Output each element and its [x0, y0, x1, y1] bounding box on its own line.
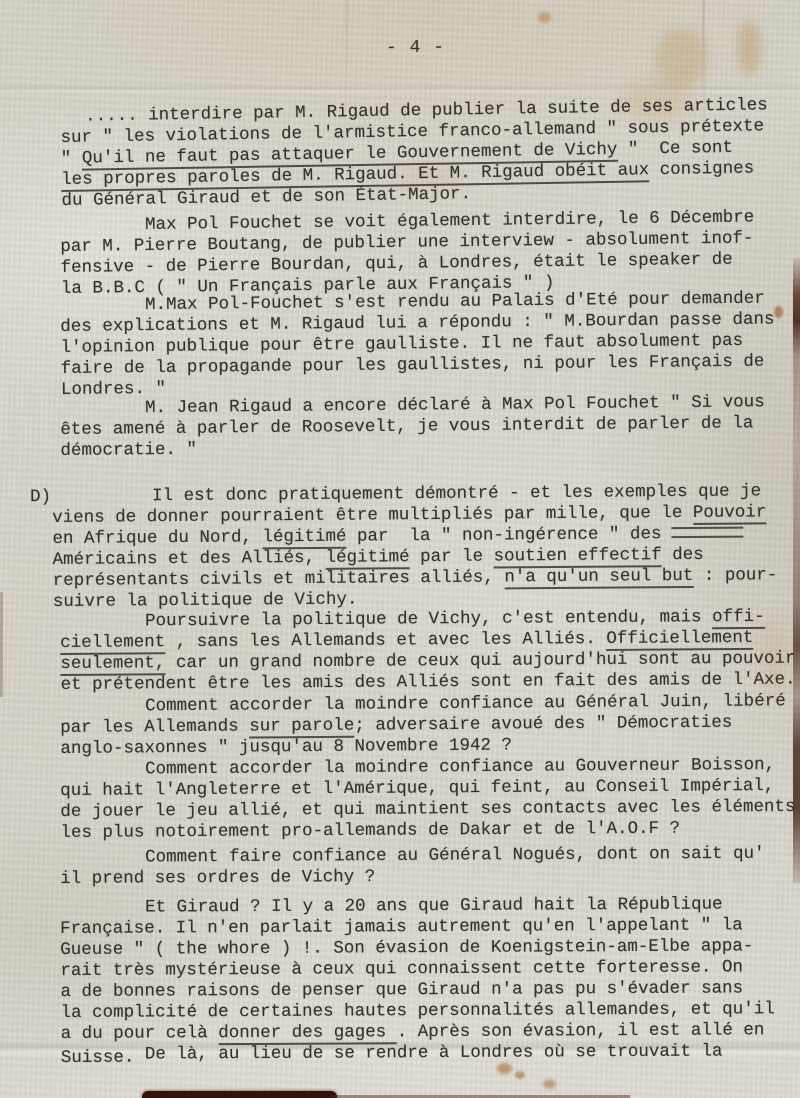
paragraph: ..... interdire par M. Rigaud de publier… [60, 95, 800, 212]
document-page: - 4 - ..... interdire par M. Rigaud de p… [0, 0, 800, 1098]
underlined-text: seulement, [60, 653, 165, 676]
underlined-text: sur parole [249, 716, 354, 739]
paragraph: Comment faire confiance au Général Nogué… [60, 843, 800, 890]
text-segment: par la " non-ingérence " des [346, 524, 661, 546]
text-line: représentants civils et militaires allié… [53, 565, 799, 592]
text-segment: de jouer le jeu allié, et qui maintient … [60, 797, 795, 822]
document-body: ..... interdire par M. Rigaud de publier… [0, 0, 800, 1098]
double-underline-mark [671, 527, 743, 539]
text-segment: a de bonnes raisons de penser que Giraud… [60, 978, 743, 1002]
text-segment: démocratie. " [60, 440, 197, 461]
text-segment: " [61, 149, 82, 169]
text-segment: représentants civils et militaires allié… [53, 567, 505, 591]
section-label: D) [30, 487, 51, 508]
text-segment: ; adversaire avoué des " Démocraties [354, 713, 732, 736]
text-line: il prend ses ordres de Vichy ? [60, 864, 800, 890]
text-segment: rait très mystérieuse à ceux qui connais… [60, 957, 743, 981]
text-line: Suisse. De là, au lieu de se rendre à Lo… [61, 1041, 800, 1066]
text-segment: par les Allemands [60, 717, 249, 738]
text-segment: en Afrique du Nord, [52, 527, 262, 549]
text-segment: : pour- [693, 565, 777, 586]
paragraph: M. Jean Rigaud a encore déclaré à Max Po… [60, 392, 800, 462]
text-segment: De là, au lieu de se rendre à Londres où… [134, 1042, 722, 1065]
text-segment: a du pour celà [61, 1023, 219, 1044]
text-segment: des [662, 545, 704, 565]
text-line: Comment faire confiance au Général Nogué… [60, 843, 800, 869]
text-segment: . Après son évasion, il est allé en [397, 1020, 765, 1042]
page-edge-shadow [142, 1091, 337, 1098]
text-segment: Gueuse " ( the whore ) !. Son évasion de… [60, 936, 753, 960]
underlined-text: légitimé [262, 527, 346, 550]
text-segment: anglo-saxonnes " jusqu'au 8 Novembre 194… [60, 735, 512, 759]
underlined-text: légitimé [326, 547, 410, 570]
text-segment: les plus notoirement pro-allemands de Da… [60, 819, 680, 843]
underlined-text: Officiellement [606, 628, 753, 651]
text-segment: par le [410, 547, 494, 568]
page-edge-shadow [793, 258, 800, 883]
underlined-text: n'a qu'un seul but [504, 566, 693, 589]
text-segment: Française. Il n'en parlait jamais autrem… [60, 915, 743, 939]
text-segment: Poursuivre la politique de Vichy, c'est … [145, 607, 712, 631]
text-segment: Comment faire confiance au Général Nogué… [145, 844, 765, 868]
underlined-text: offi- [712, 607, 765, 629]
text-segment: Et Giraud ? Il y a 20 ans que Giraud hai… [145, 895, 723, 918]
text-segment: Suisse. [61, 1048, 135, 1069]
text-segment: suivre la politique de Vichy. [53, 590, 358, 612]
text-segment: la complicité de certaines hautes person… [61, 999, 775, 1023]
underlined-text: soutien effectif [494, 545, 662, 568]
paragraph: M.Max Pol-Fouchet s'est rendu au Palais … [60, 288, 800, 401]
paragraph: Comment accorder la moindre confiance au… [60, 755, 800, 844]
paragraph: Max Pol Fouchet se voit également interd… [60, 207, 800, 300]
text-segment: " Ce sont [617, 138, 733, 160]
text-segment: , sans les Allemands et avec les Alliés. [165, 629, 606, 652]
text-segment: Américains et des Alliés, [52, 548, 325, 570]
paragraph: Poursuivre la politique de Vichy, c'est … [60, 607, 800, 696]
underlined-text: donner des gages [218, 1022, 397, 1045]
paragraph: Et Giraud ? Il y a 20 ans que Giraud hai… [60, 894, 800, 1066]
underlined-text: ciellement [60, 632, 165, 655]
text-segment: consignes [649, 158, 754, 180]
text-segment: Londres. " [61, 379, 166, 400]
text-segment: il prend ses ordres de Vichy ? [60, 867, 375, 889]
paragraph: Comment accorder la moindre confiance au… [60, 691, 800, 760]
underlined-text: Pouvoir [693, 502, 767, 525]
text-line: les plus notoirement pro-allemands de Da… [60, 818, 800, 844]
paragraph: D)Il est donc pratiquement démontré - et… [52, 481, 799, 613]
page-edge-shadow [0, 592, 3, 697]
